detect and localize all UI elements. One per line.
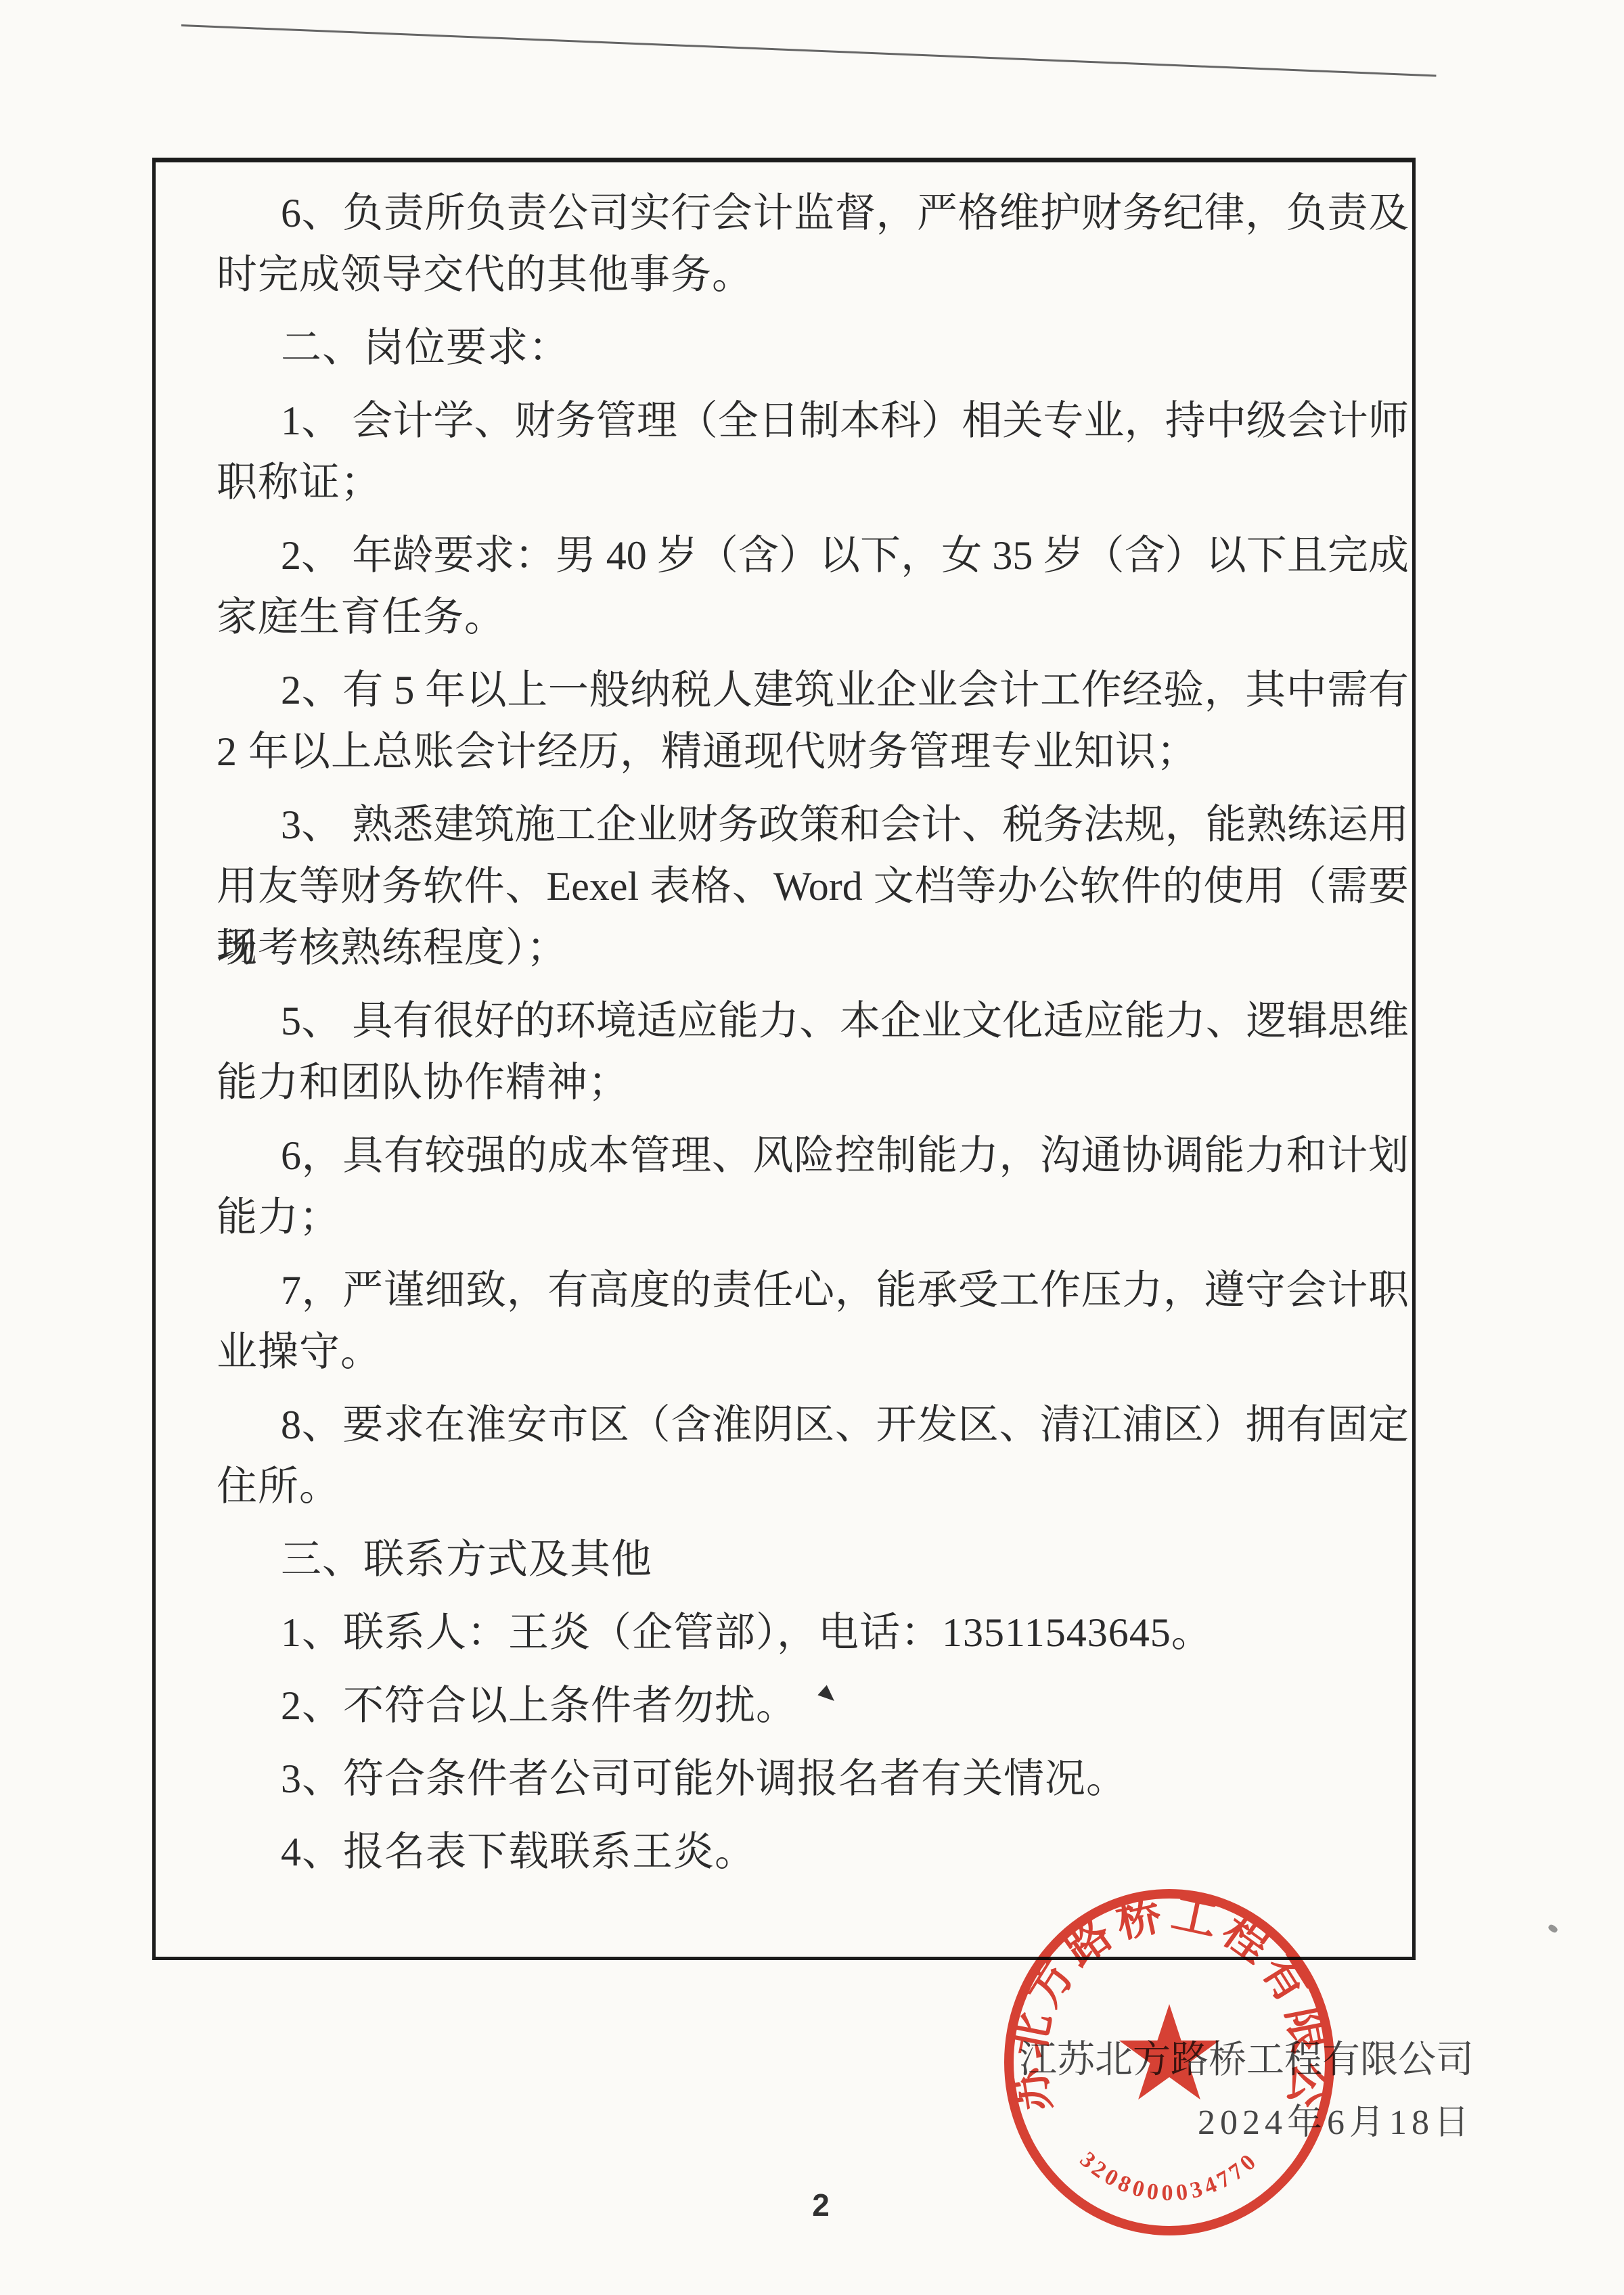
seal-ring-text: 江苏北方路桥工程有限公司 <box>0 0 1335 2116</box>
seal-code: 3208000034770 <box>1075 2147 1264 2206</box>
seal-ring-text-container: 江苏北方路桥工程有限公司 <box>0 0 1335 2116</box>
seal-code-container: 3208000034770 <box>1075 2147 1264 2206</box>
scanned-document-page: 6、负责所负责公司实行会计监督，严格维护财务纪律，负责及时完成领导交代的其他事务… <box>0 0 1624 2295</box>
star-icon <box>1119 2004 1219 2099</box>
company-seal: 江苏北方路桥工程有限公司 3208000034770 <box>0 0 1624 2295</box>
